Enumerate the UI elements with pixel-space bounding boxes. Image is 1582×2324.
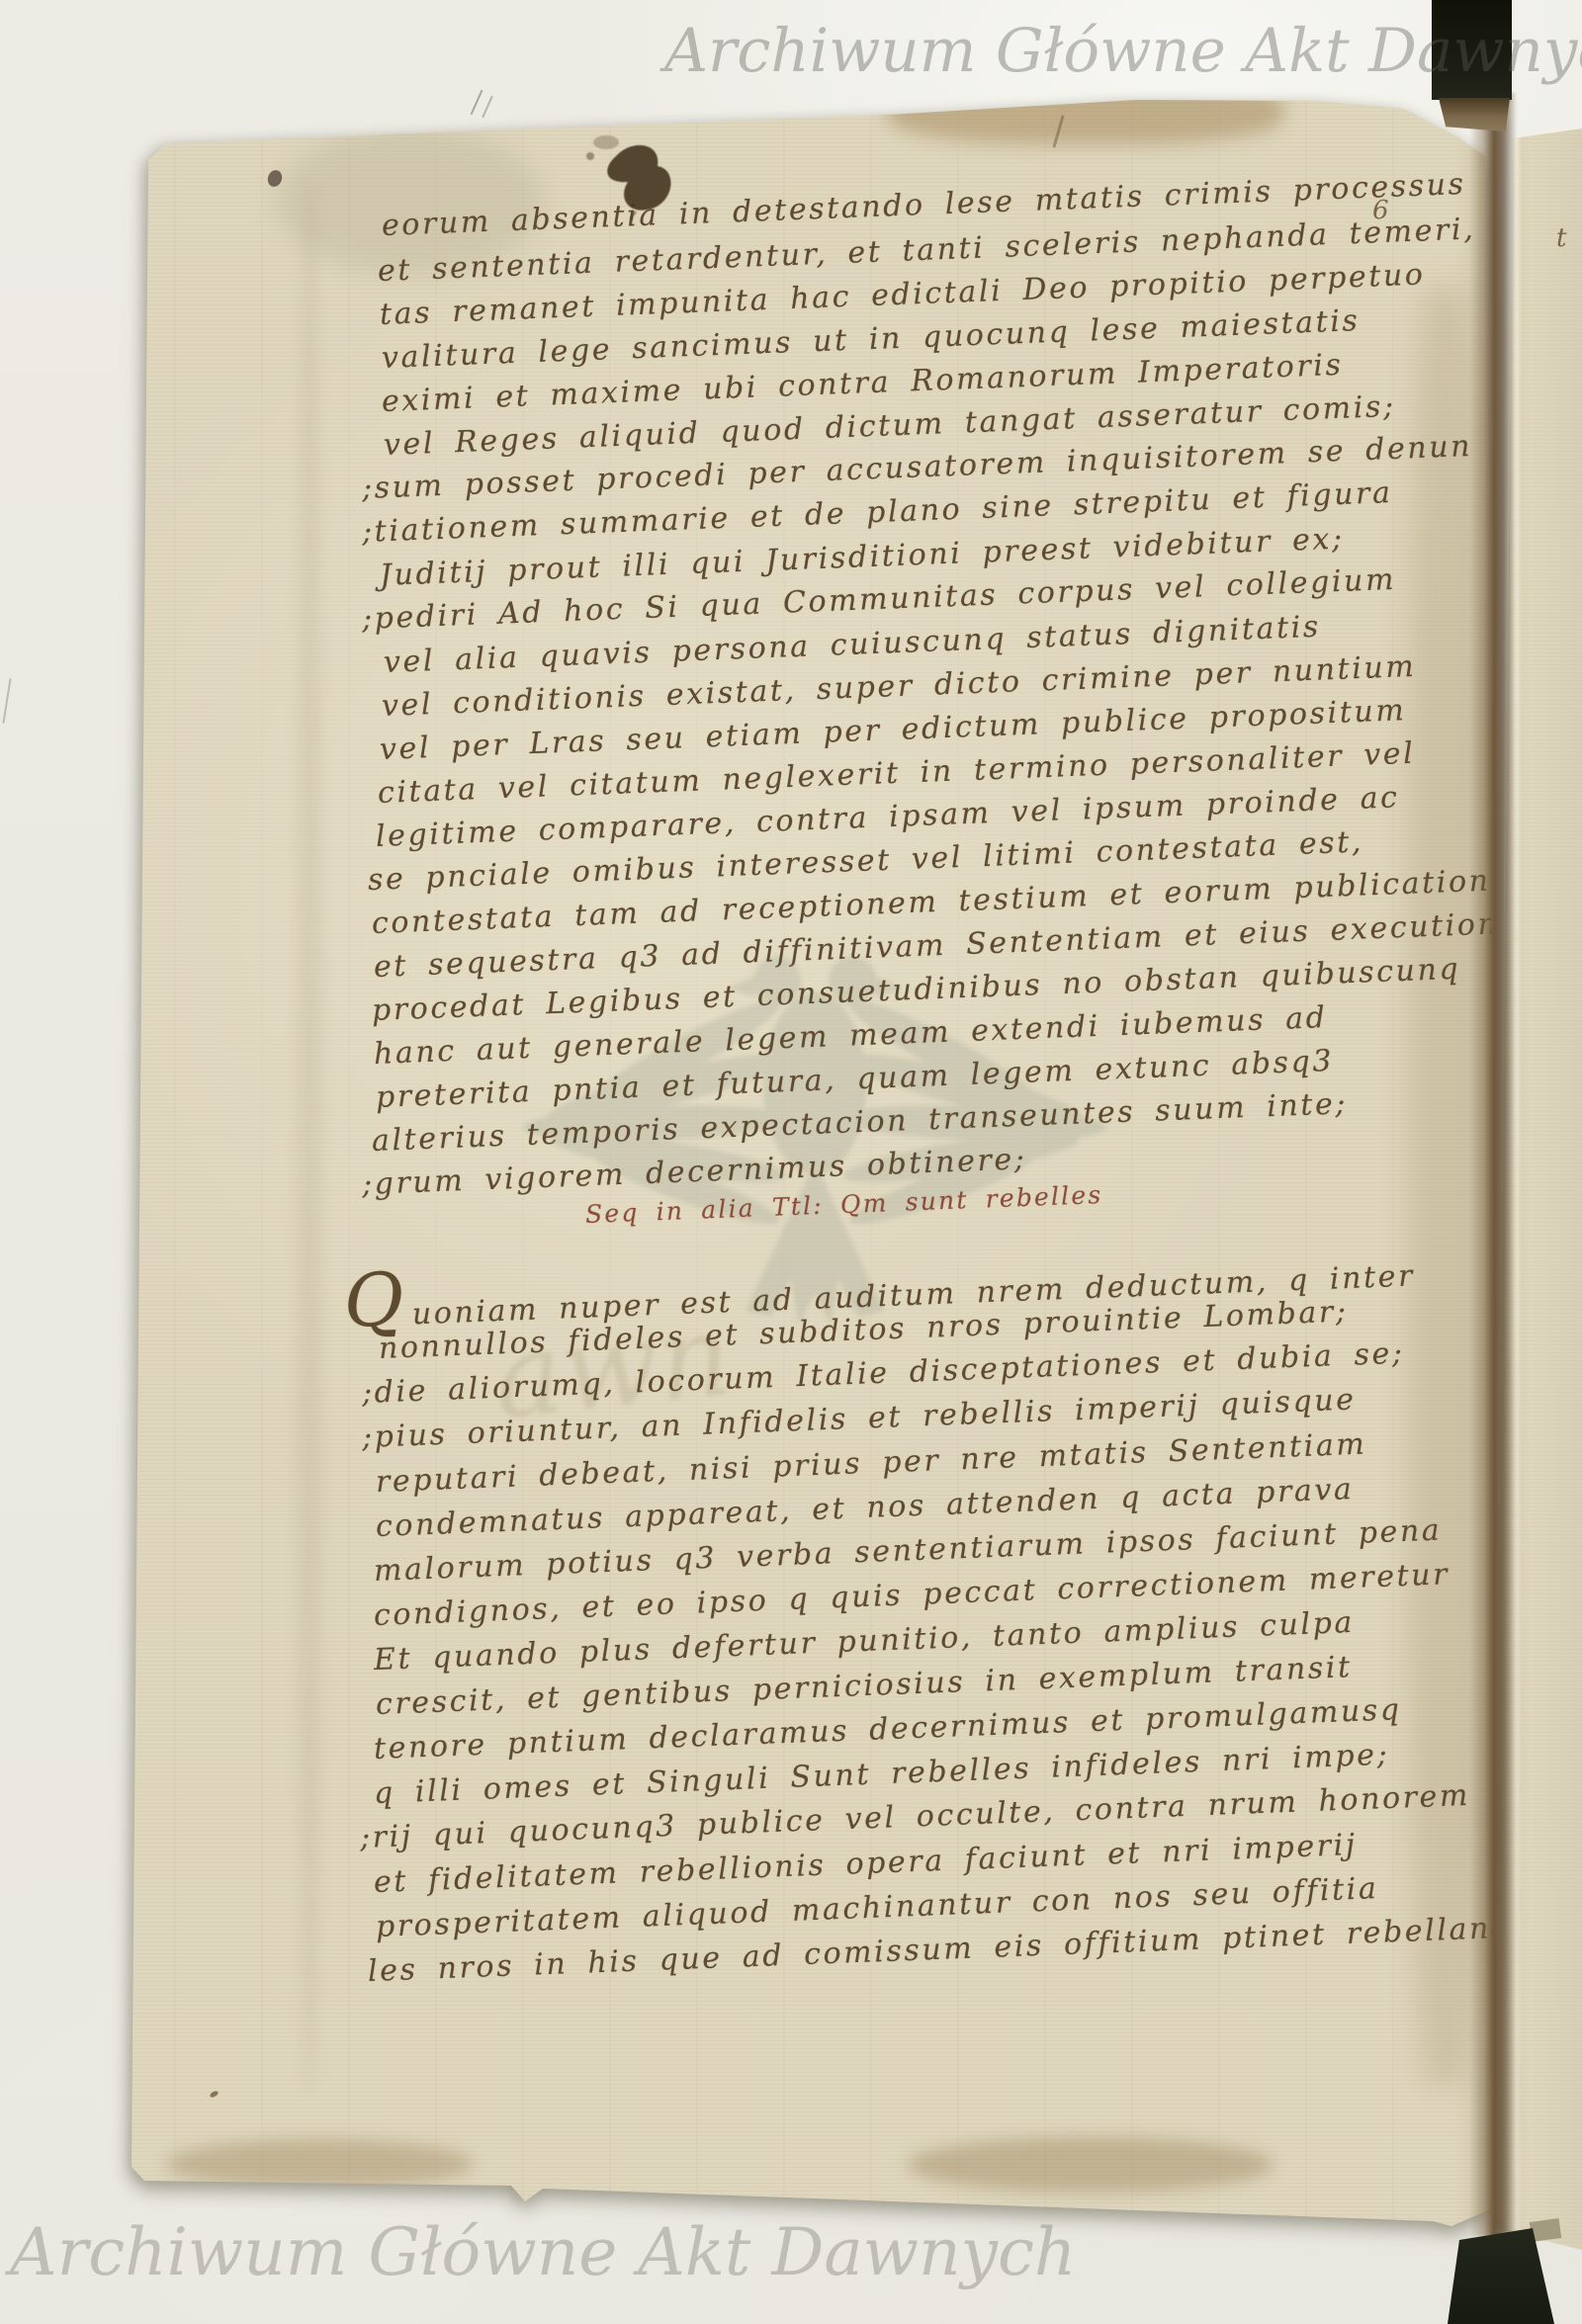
book-gutter-shadow	[1469, 93, 1517, 2236]
page-edge-mark: 6	[1372, 196, 1389, 225]
binding-strip-top	[1432, 0, 1512, 100]
archival-scan: awn eorum absentia in detestando lese mt…	[0, 0, 1582, 2324]
handwritten-text-block: eorum absentia in detestando lese mtatis…	[0, 0, 1582, 2324]
facing-page-mark: t	[1556, 223, 1566, 253]
ink-blot	[576, 127, 695, 220]
binding-strip-top-wedge	[1439, 98, 1510, 131]
manuscript-page: awn eorum absentia in detestando lese mt…	[0, 0, 1582, 2324]
manuscript-page-shadow: awn eorum absentia in detestando lese mt…	[0, 0, 1582, 2324]
